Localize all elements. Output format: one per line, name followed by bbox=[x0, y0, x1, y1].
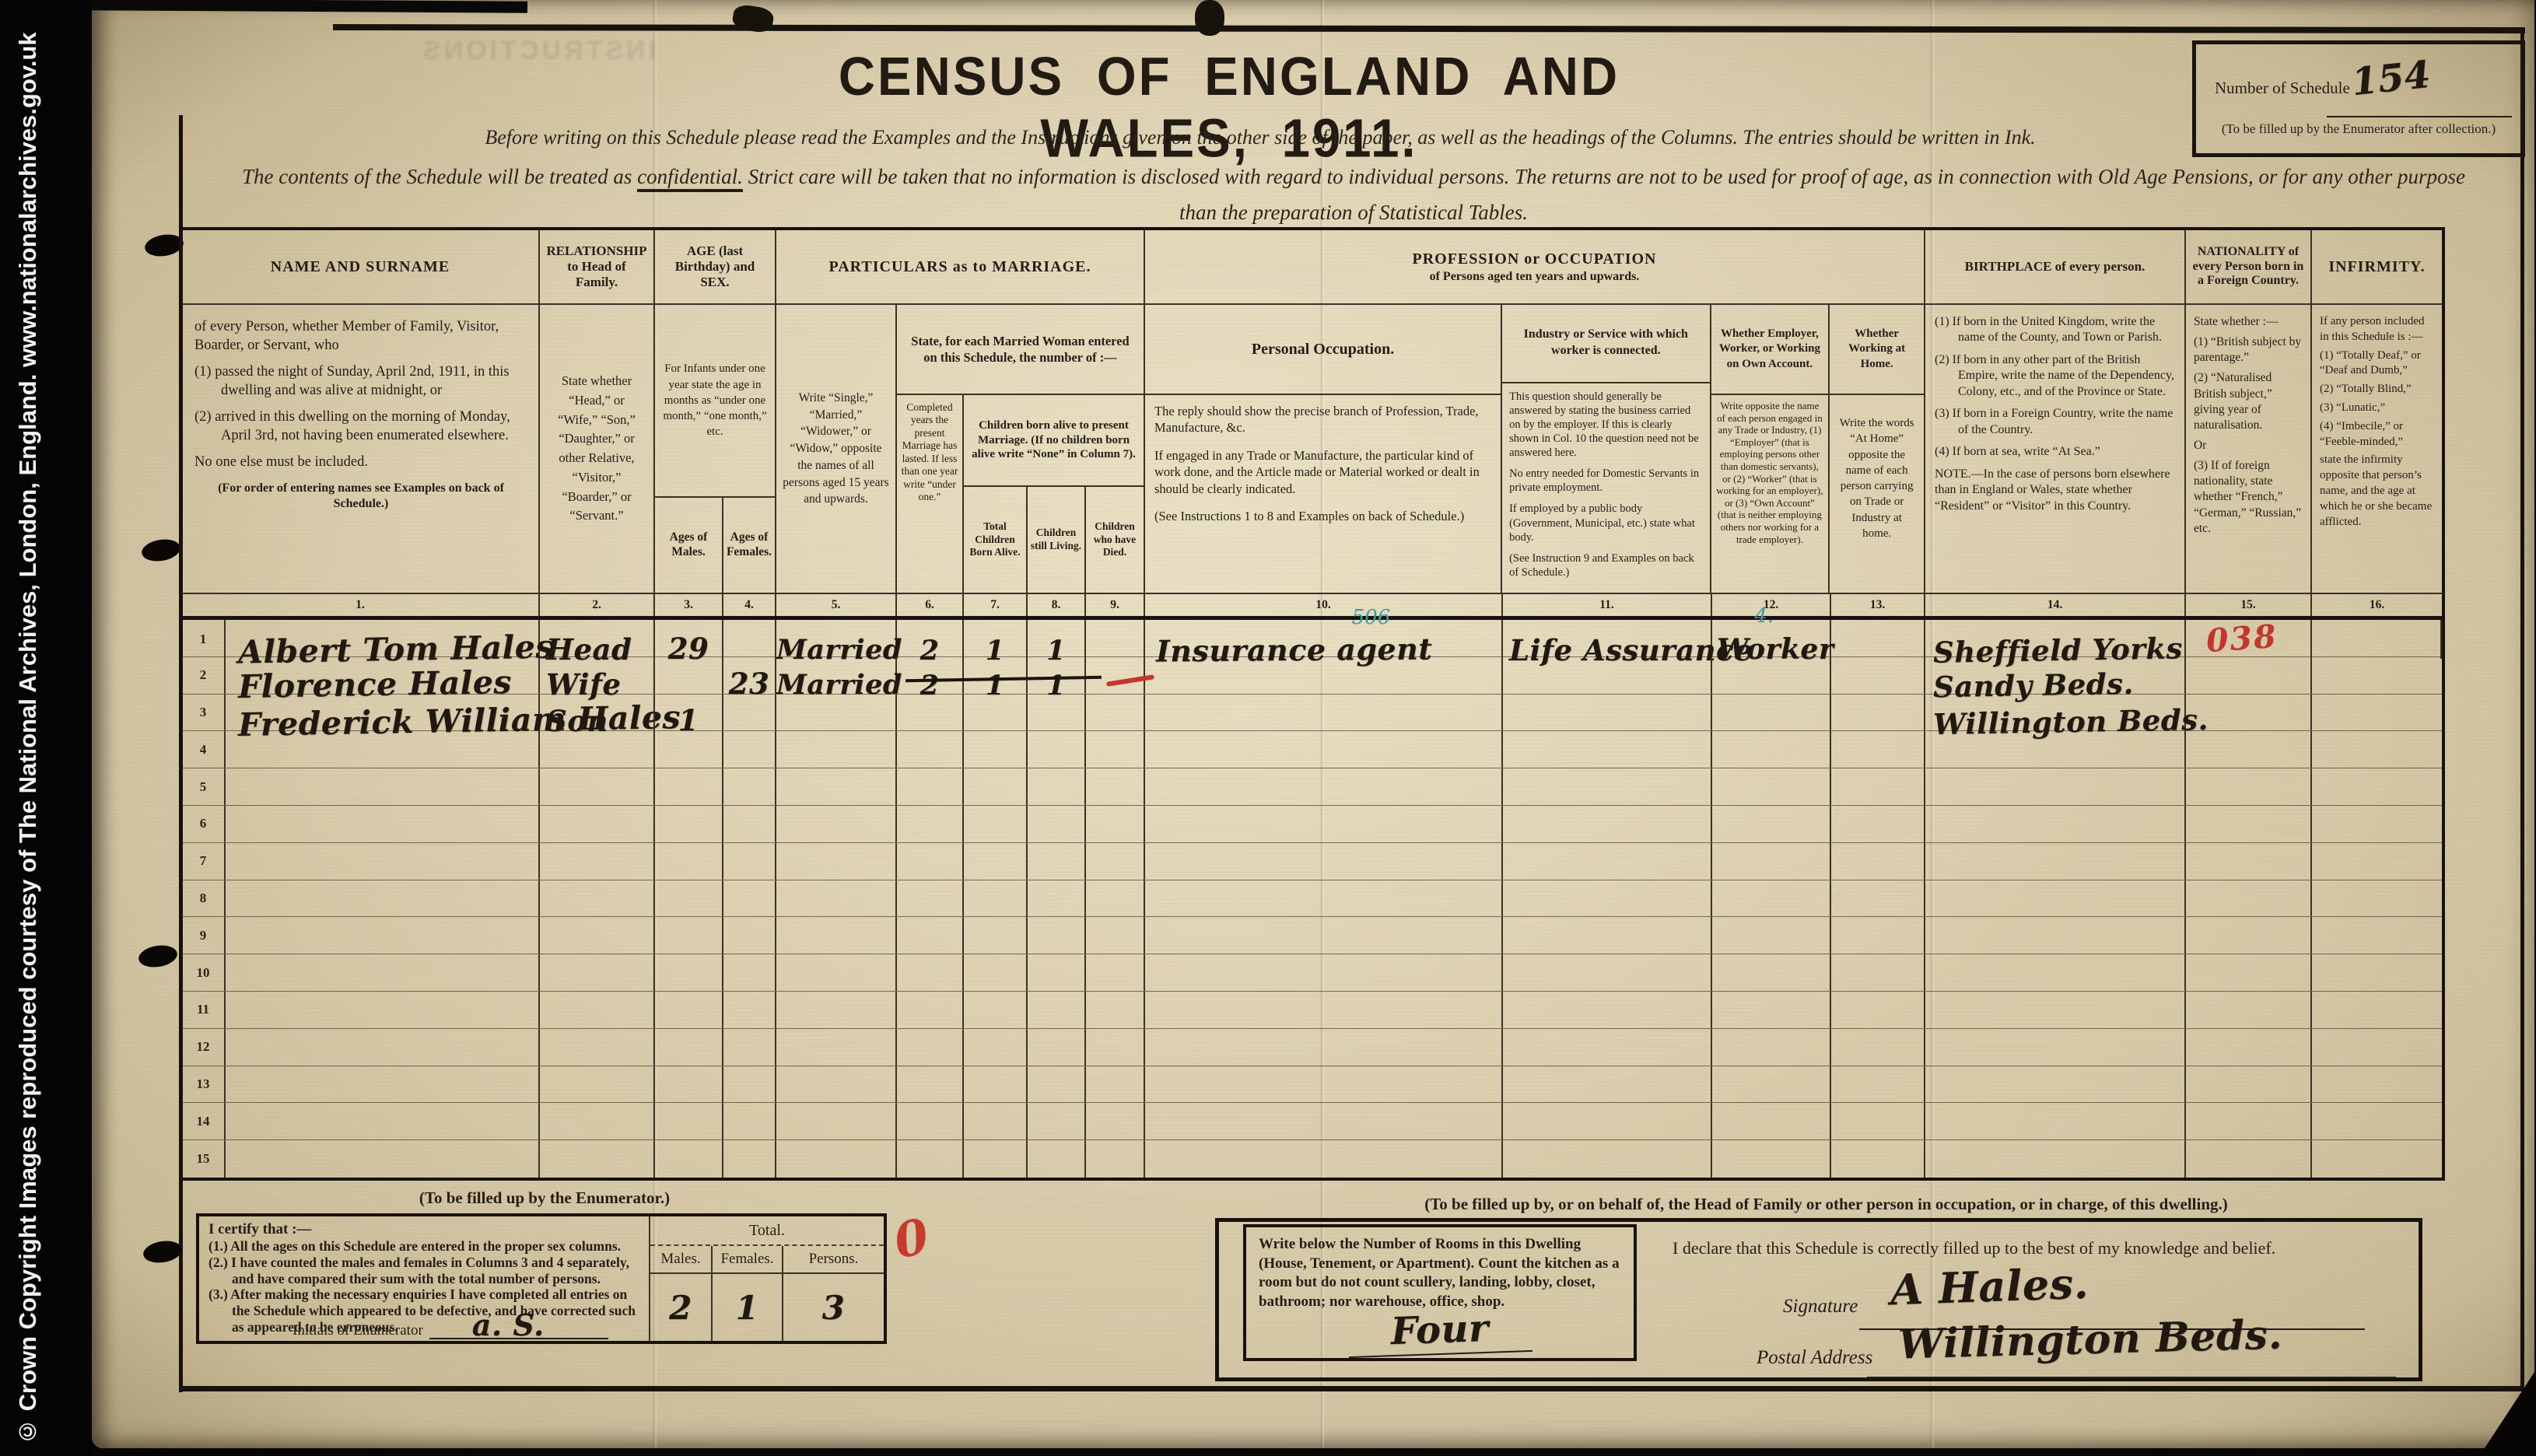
row-number: 13 bbox=[182, 1066, 226, 1103]
cell-athome bbox=[1831, 917, 1925, 954]
instr-inf-2: (2) “Totally Blind,” bbox=[2320, 382, 2434, 397]
cell-relationship: Son bbox=[540, 695, 655, 731]
cell-marriage bbox=[776, 992, 897, 1028]
cell-relationship bbox=[540, 768, 655, 805]
cell-age_f bbox=[723, 954, 776, 991]
cell-years bbox=[897, 917, 964, 954]
cell-athome bbox=[1831, 657, 1925, 694]
cell-age_f bbox=[723, 992, 776, 1028]
cell-age_m bbox=[655, 1140, 723, 1178]
initials-value: a. S. bbox=[472, 1307, 545, 1342]
totals-table: Total. Males. Females. Persons. 2 1 3 bbox=[650, 1216, 884, 1341]
header-infirmity: INFIRMITY. bbox=[2312, 230, 2442, 305]
cell-born bbox=[964, 917, 1028, 954]
table-row: 3Frederick William HalesSon1Willington B… bbox=[182, 695, 2442, 732]
cell-birthplace bbox=[1925, 806, 2186, 842]
cell-years bbox=[897, 992, 964, 1028]
cell-years bbox=[897, 1066, 964, 1103]
cell-died bbox=[1086, 768, 1145, 805]
cell-name: Albert Tom Hales bbox=[226, 620, 540, 659]
cell-nationality bbox=[2186, 954, 2312, 991]
householder-section-header: (To be filled up by, or on behalf of, th… bbox=[1225, 1195, 2427, 1214]
instr-employer-head: Whether Employer, Worker, or Working on … bbox=[1711, 305, 1829, 395]
cell-birthplace bbox=[1925, 1029, 2186, 1066]
table-row: 6 bbox=[182, 806, 2442, 843]
cell-employer bbox=[1712, 843, 1831, 880]
cell-nationality bbox=[2186, 992, 2312, 1028]
cell-years bbox=[897, 954, 964, 991]
instr-inf-intro: If any person included in this Schedule … bbox=[2320, 314, 2434, 345]
table-row: 4 bbox=[182, 731, 2442, 768]
cell-industry bbox=[1503, 992, 1712, 1028]
rooms-box: Write below the Number of Rooms in this … bbox=[1243, 1224, 1637, 1361]
cell-born bbox=[964, 843, 1028, 880]
enumerator-box: I certify that :— (1.) All the ages on t… bbox=[196, 1213, 887, 1344]
cell-nationality bbox=[2186, 1066, 2312, 1103]
col-number-2: 2. bbox=[540, 594, 655, 616]
cell-occupation bbox=[1145, 992, 1503, 1028]
cell-birthplace bbox=[1925, 954, 2186, 991]
cell-athome bbox=[1831, 695, 1925, 731]
cell-age_m bbox=[655, 768, 723, 805]
cell-infirmity bbox=[2312, 1029, 2442, 1066]
instr-name-2: (2) arrived in this dwelling on the morn… bbox=[194, 408, 527, 445]
col-number-1: 1. bbox=[182, 594, 540, 616]
instr-industry-1: This question should generally be answer… bbox=[1509, 390, 1702, 460]
cell-birthplace: Sheffield Yorks bbox=[1925, 620, 2186, 659]
instr-name-1: (1) passed the night of Sunday, April 2n… bbox=[194, 362, 527, 400]
cell-living bbox=[1028, 880, 1086, 917]
cell-athome bbox=[1831, 806, 1925, 842]
cell-infirmity bbox=[2312, 731, 2442, 768]
cell-relationship bbox=[540, 992, 655, 1028]
cell-infirmity bbox=[2312, 657, 2442, 694]
confidential-note-post: Strict care will be taken that no inform… bbox=[743, 165, 2465, 188]
instr-relationship: State whether “Head,” or “Wife,” “Son,” … bbox=[540, 305, 655, 593]
cell-name bbox=[226, 954, 540, 991]
rooms-instructions: Write below the Number of Rooms in this … bbox=[1259, 1235, 1623, 1312]
cell-infirmity bbox=[2312, 768, 2442, 805]
postal-address-label: Postal Address bbox=[1757, 1347, 1872, 1369]
header-profession-sub: of Persons aged ten years and upwards. bbox=[1430, 270, 1640, 284]
cell-age_f: 23 bbox=[723, 657, 776, 694]
signature-value: A Hales. bbox=[1890, 1258, 2089, 1315]
cell-relationship bbox=[540, 806, 655, 842]
instr-age-split: Ages of Males. Ages of Females. bbox=[655, 498, 775, 593]
cell-years bbox=[897, 1140, 964, 1178]
cell-age_f bbox=[723, 1140, 776, 1178]
cell-marriage: Married bbox=[776, 620, 897, 659]
cell-name bbox=[226, 880, 540, 917]
cell-born: 1 bbox=[964, 657, 1028, 694]
col-number-4: 4. bbox=[723, 594, 776, 616]
initials-line: a. S. bbox=[429, 1313, 608, 1339]
instr-industry-body: This question should generally be answer… bbox=[1502, 383, 1709, 593]
cell-age_f bbox=[723, 917, 776, 954]
cell-occupation bbox=[1145, 954, 1503, 991]
header-profession: PROFESSION or OCCUPATION of Persons aged… bbox=[1145, 230, 1925, 305]
cell-employer bbox=[1712, 695, 1831, 731]
cell-age_m bbox=[655, 1029, 723, 1066]
cell-marriage: Married bbox=[776, 657, 897, 694]
row-number: 4 bbox=[182, 731, 226, 768]
instr-married-woman-block: State, for each Married Woman entered on… bbox=[897, 305, 1144, 593]
cell-marriage bbox=[776, 731, 897, 768]
cell-years bbox=[897, 806, 964, 842]
cell-birthplace bbox=[1925, 917, 2186, 954]
cell-died bbox=[1086, 1103, 1145, 1139]
schedule-number-note: (To be filled up by the Enumerator after… bbox=[2196, 121, 2521, 137]
cell-nationality bbox=[2186, 768, 2312, 805]
instr-single: Write “Single,” “Married,” “Widower,” or… bbox=[776, 305, 897, 593]
certify-item-1: (1.) All the ages on this Schedule are e… bbox=[208, 1238, 643, 1255]
cell-living bbox=[1028, 806, 1086, 842]
row-number: 15 bbox=[182, 1140, 226, 1178]
cell-employer bbox=[1712, 768, 1831, 805]
col-number-8: 8. bbox=[1028, 594, 1086, 616]
bleedthrough-ghost-text: INSTRUCTIONS bbox=[420, 36, 656, 66]
cell-athome bbox=[1831, 843, 1925, 880]
form-border-right bbox=[2520, 28, 2524, 1391]
cell-name bbox=[226, 806, 540, 842]
cell-birthplace bbox=[1925, 992, 2186, 1028]
table-row: 9 bbox=[182, 917, 2442, 954]
instr-occ-3: (See Instructions 1 to 8 and Examples on… bbox=[1154, 508, 1491, 524]
cell-years bbox=[897, 695, 964, 731]
cell-athome bbox=[1831, 731, 1925, 768]
cell-living bbox=[1028, 695, 1086, 731]
instr-inf-4: (4) “Imbecile,” or “Feeble-minded,” bbox=[2320, 419, 2434, 450]
cell-died bbox=[1086, 806, 1145, 842]
cell-athome bbox=[1831, 1066, 1925, 1103]
cell-born bbox=[964, 1140, 1028, 1178]
cell-employer bbox=[1712, 992, 1831, 1028]
header-marriage: PARTICULARS as to MARRIAGE. bbox=[776, 230, 1145, 305]
cell-employer bbox=[1712, 657, 1831, 694]
instr-still-living: Children still Living. bbox=[1028, 487, 1086, 593]
instr-athome-body: Write the words “At Home” opposite the n… bbox=[1830, 395, 1924, 593]
totals-values: 2 1 3 bbox=[650, 1274, 884, 1341]
cell-infirmity bbox=[2312, 695, 2442, 731]
cell-name bbox=[226, 731, 540, 768]
cell-employer bbox=[1712, 806, 1831, 842]
cell-born bbox=[964, 1029, 1028, 1066]
cell-infirmity bbox=[2312, 1140, 2442, 1178]
cell-living bbox=[1028, 917, 1086, 954]
cell-age_m: 1 bbox=[655, 695, 723, 731]
cell-employer bbox=[1712, 880, 1831, 917]
females-label: Females. bbox=[713, 1246, 783, 1272]
cell-marriage bbox=[776, 1140, 897, 1178]
cell-infirmity bbox=[2312, 1103, 2442, 1139]
instr-children-born: Children born alive to present Marriage.… bbox=[964, 395, 1144, 487]
cell-born bbox=[964, 880, 1028, 917]
instr-children-block: Children born alive to present Marriage.… bbox=[964, 395, 1144, 593]
table-group-headers: NAME AND SURNAME RELATIONSHIP to Head of… bbox=[182, 230, 2442, 305]
cell-living: 1 bbox=[1028, 620, 1086, 659]
cell-name bbox=[226, 1029, 540, 1066]
cell-marriage bbox=[776, 1066, 897, 1103]
totals-header: Total. bbox=[650, 1216, 884, 1246]
cell-relationship bbox=[540, 880, 655, 917]
cell-name bbox=[226, 992, 540, 1028]
cell-industry bbox=[1503, 806, 1712, 842]
cell-infirmity bbox=[2312, 620, 2442, 659]
rooms-value-wrap: Four bbox=[1246, 1308, 1634, 1355]
instr-employer-col: Whether Employer, Worker, or Working on … bbox=[1711, 305, 1830, 593]
confidential-note-line2: than the preparation of Statistical Tabl… bbox=[206, 201, 2501, 225]
cell-died bbox=[1086, 880, 1145, 917]
totals-labels: Males. Females. Persons. bbox=[650, 1246, 884, 1274]
cell-birthplace: Willington Beds. bbox=[1925, 695, 2186, 731]
instr-ages-females: Ages of Females. bbox=[723, 498, 775, 593]
table-row: 1Albert Tom HalesHead29Married211Insuran… bbox=[182, 620, 2442, 657]
header-birthplace: BIRTHPLACE of every person. bbox=[1925, 230, 2186, 305]
cell-employer bbox=[1712, 1029, 1831, 1066]
col-number-15: 15. bbox=[2186, 594, 2312, 616]
cell-industry bbox=[1503, 768, 1712, 805]
cell-nationality bbox=[2186, 806, 2312, 842]
instr-age: For Infants under one year state the age… bbox=[655, 305, 776, 593]
cell-died bbox=[1086, 917, 1145, 954]
postal-address-line bbox=[1867, 1377, 2396, 1378]
row-number: 1 bbox=[182, 620, 226, 659]
cell-athome bbox=[1831, 768, 1925, 805]
cell-died bbox=[1086, 1140, 1145, 1178]
cell-marriage bbox=[776, 1103, 897, 1139]
col-number-9: 9. bbox=[1086, 594, 1145, 616]
cell-birthplace bbox=[1925, 880, 2186, 917]
cell-years bbox=[897, 880, 964, 917]
cell-birthplace bbox=[1925, 731, 2186, 768]
cell-industry bbox=[1503, 731, 1712, 768]
instr-birth-2: (2) If born in any other part of the Bri… bbox=[1935, 352, 2175, 400]
cell-age_m bbox=[655, 917, 723, 954]
cell-years bbox=[897, 843, 964, 880]
cell-nationality bbox=[2186, 1103, 2312, 1139]
instr-age-infants: For Infants under one year state the age… bbox=[655, 305, 775, 498]
cell-relationship: Head bbox=[540, 620, 655, 659]
rooms-value: Four bbox=[1347, 1305, 1532, 1358]
cell-age_f bbox=[723, 1029, 776, 1066]
instr-birth-note: NOTE.—In the case of persons born elsewh… bbox=[1935, 467, 2175, 514]
cell-relationship bbox=[540, 1029, 655, 1066]
cell-athome bbox=[1831, 620, 1925, 659]
cell-age_f bbox=[723, 843, 776, 880]
table-row: 10 bbox=[182, 954, 2442, 992]
instr-children-cells: Total Children Born Alive. Children stil… bbox=[964, 487, 1144, 593]
table-row: 13 bbox=[182, 1066, 2442, 1104]
cell-living bbox=[1028, 768, 1086, 805]
cell-occupation bbox=[1145, 917, 1503, 954]
instr-nat-or: Or bbox=[2194, 438, 2303, 453]
cell-marriage bbox=[776, 917, 897, 954]
cell-years bbox=[897, 1103, 964, 1139]
cell-name bbox=[226, 1066, 540, 1103]
cell-died bbox=[1086, 1029, 1145, 1066]
page-title: CENSUS OF ENGLAND AND WALES, 1911. bbox=[721, 45, 1737, 170]
cell-marriage bbox=[776, 695, 897, 731]
cell-name bbox=[226, 843, 540, 880]
table-row: 2Florence HalesWife23Married211Sandy Bed… bbox=[182, 657, 2442, 695]
cell-nationality bbox=[2186, 1029, 2312, 1066]
table-row: 12 bbox=[182, 1029, 2442, 1066]
cell-born bbox=[964, 806, 1028, 842]
schedule-number-value: 154 bbox=[2349, 53, 2433, 104]
cell-birthplace bbox=[1925, 768, 2186, 805]
schedule-number-label: Number of Schedule bbox=[2215, 79, 2350, 98]
header-nationality: NATIONALITY of every Person born in a Fo… bbox=[2186, 230, 2312, 305]
cell-marriage bbox=[776, 843, 897, 880]
form-border-bottom bbox=[179, 1386, 2524, 1391]
cell-living bbox=[1028, 731, 1086, 768]
cell-industry bbox=[1503, 880, 1712, 917]
confidential-underlined: confidential. bbox=[637, 165, 743, 192]
cell-industry: Life Assurance bbox=[1503, 620, 1712, 659]
cell-occupation: Insurance agent506 bbox=[1145, 620, 1503, 659]
cell-birthplace bbox=[1925, 1066, 2186, 1103]
cell-age_f bbox=[723, 880, 776, 917]
cell-infirmity bbox=[2312, 843, 2442, 880]
table-column-instructions: of every Person, whether Member of Famil… bbox=[182, 305, 2442, 594]
instr-have-died: Children who have Died. bbox=[1086, 487, 1144, 593]
cell-birthplace bbox=[1925, 1140, 2186, 1178]
instr-nat-intro: State whether :— bbox=[2194, 314, 2303, 330]
instr-marriage-lower: Completed years the present Marriage has… bbox=[897, 395, 1144, 593]
cell-nationality bbox=[2186, 917, 2312, 954]
instr-personal-occupation-head: Personal Occupation. bbox=[1145, 305, 1501, 395]
instr-industry-4: (See Instruction 9 and Examples on back … bbox=[1509, 551, 1702, 579]
cell-age_f bbox=[723, 731, 776, 768]
cell-employer bbox=[1712, 1066, 1831, 1103]
table-rows: 1Albert Tom HalesHead29Married211Insuran… bbox=[182, 620, 2442, 1178]
cell-years bbox=[897, 731, 964, 768]
cell-age_f bbox=[723, 695, 776, 731]
males-value: 2 bbox=[669, 1289, 692, 1327]
cell-occupation bbox=[1145, 806, 1503, 842]
cell-nationality bbox=[2186, 843, 2312, 880]
instr-inf-end: state the infirmity opposite that person… bbox=[2320, 453, 2434, 530]
cell-born bbox=[964, 731, 1028, 768]
cell-industry bbox=[1503, 1029, 1712, 1066]
ink-smudge bbox=[1195, 0, 1224, 36]
copyright-text: © Crown Copyright Images reproduced cour… bbox=[14, 14, 42, 1445]
cell-age_m bbox=[655, 1103, 723, 1139]
header-relationship: RELATIONSHIP to Head of Family. bbox=[540, 230, 655, 305]
enumerator-code: 506 bbox=[1352, 606, 1391, 629]
cell-relationship bbox=[540, 1103, 655, 1139]
cell-occupation bbox=[1145, 731, 1503, 768]
cell-died bbox=[1086, 843, 1145, 880]
cell-industry bbox=[1503, 695, 1712, 731]
cell-born bbox=[964, 1066, 1028, 1103]
col-number-5: 5. bbox=[776, 594, 897, 616]
cell-years: 2 bbox=[897, 657, 964, 694]
cell-employer bbox=[1712, 917, 1831, 954]
enumerator-code: 4. bbox=[1754, 604, 1774, 628]
schedule-number-box: Number of Schedule 154 (To be filled up … bbox=[2192, 40, 2525, 157]
table-row: 7 bbox=[182, 843, 2442, 880]
cell-marriage bbox=[776, 768, 897, 805]
schedule-number-line bbox=[2327, 116, 2512, 117]
cell-nationality bbox=[2186, 880, 2312, 917]
cell-employer bbox=[1712, 1103, 1831, 1139]
header-age-sex: AGE (last Birthday) and SEX. bbox=[655, 230, 776, 305]
col-number-6: 6. bbox=[897, 594, 964, 616]
cell-born bbox=[964, 1103, 1028, 1139]
table-row: 15 bbox=[182, 1140, 2442, 1178]
row-number: 9 bbox=[182, 917, 226, 954]
cell-industry bbox=[1503, 954, 1712, 991]
confidential-note-line1: The contents of the Schedule will be tre… bbox=[206, 165, 2501, 189]
cell-born bbox=[964, 992, 1028, 1028]
cell-relationship bbox=[540, 731, 655, 768]
postal-address-value: Willington Beds. bbox=[1897, 1311, 2282, 1369]
cell-relationship bbox=[540, 917, 655, 954]
cell-employer bbox=[1712, 731, 1831, 768]
cell-marriage bbox=[776, 954, 897, 991]
cell-occupation bbox=[1145, 1066, 1503, 1103]
instr-ages-males: Ages of Males. bbox=[655, 498, 723, 593]
cell-born bbox=[964, 768, 1028, 805]
cell-name: Frederick William Hales bbox=[226, 695, 540, 731]
row-number: 6 bbox=[182, 806, 226, 842]
census-table: NAME AND SURNAME RELATIONSHIP to Head of… bbox=[179, 227, 2445, 1181]
col-number-10: 10. bbox=[1145, 594, 1503, 616]
row-number: 2 bbox=[182, 657, 226, 694]
cell-athome bbox=[1831, 954, 1925, 991]
cell-died bbox=[1086, 954, 1145, 991]
cell-name bbox=[226, 1103, 540, 1139]
cell-born bbox=[964, 954, 1028, 991]
persons-label: Persons. bbox=[783, 1246, 884, 1272]
cell-years bbox=[897, 1029, 964, 1066]
cell-died bbox=[1086, 1066, 1145, 1103]
cell-years bbox=[897, 768, 964, 805]
instr-personal-occupation-body: The reply should show the precise branch… bbox=[1145, 395, 1501, 593]
cell-occupation bbox=[1145, 1103, 1503, 1139]
cell-living bbox=[1028, 1029, 1086, 1066]
instr-occ-1: The reply should show the precise branch… bbox=[1154, 403, 1491, 436]
header-profession-main: PROFESSION or OCCUPATION bbox=[1412, 250, 1656, 268]
cell-infirmity bbox=[2312, 880, 2442, 917]
row-number: 7 bbox=[182, 843, 226, 880]
cell-age_m: 29 bbox=[655, 620, 723, 659]
instr-nat-3: (3) If of foreign nationality, state whe… bbox=[2194, 458, 2303, 537]
instr-infirmity: If any person included in this Schedule … bbox=[2312, 305, 2442, 593]
cell-living bbox=[1028, 1103, 1086, 1139]
cell-age_m bbox=[655, 806, 723, 842]
instr-name-3: No one else must be included. bbox=[194, 453, 527, 471]
cell-years: 2 bbox=[897, 620, 964, 659]
males-label: Males. bbox=[650, 1246, 713, 1272]
cell-died bbox=[1086, 992, 1145, 1028]
instr-profession: Personal Occupation. The reply should sh… bbox=[1145, 305, 1925, 593]
instr-birth-4: (4) If born at sea, write “At Sea.” bbox=[1935, 444, 2175, 460]
cell-occupation bbox=[1145, 657, 1503, 694]
cell-industry bbox=[1503, 1103, 1712, 1139]
instr-athome-col: Whether Working at Home. Write the words… bbox=[1830, 305, 1924, 593]
table-row: 8 bbox=[182, 880, 2442, 918]
row-number: 11 bbox=[182, 992, 226, 1028]
instruction-note: Before writing on this Schedule please r… bbox=[327, 126, 2194, 149]
cell-age_f bbox=[723, 620, 776, 659]
females-value: 1 bbox=[736, 1289, 759, 1327]
cell-relationship bbox=[540, 1066, 655, 1103]
cell-athome bbox=[1831, 1140, 1925, 1178]
cell-athome bbox=[1831, 1103, 1925, 1139]
cell-birthplace: Sandy Beds. bbox=[1925, 657, 2186, 694]
